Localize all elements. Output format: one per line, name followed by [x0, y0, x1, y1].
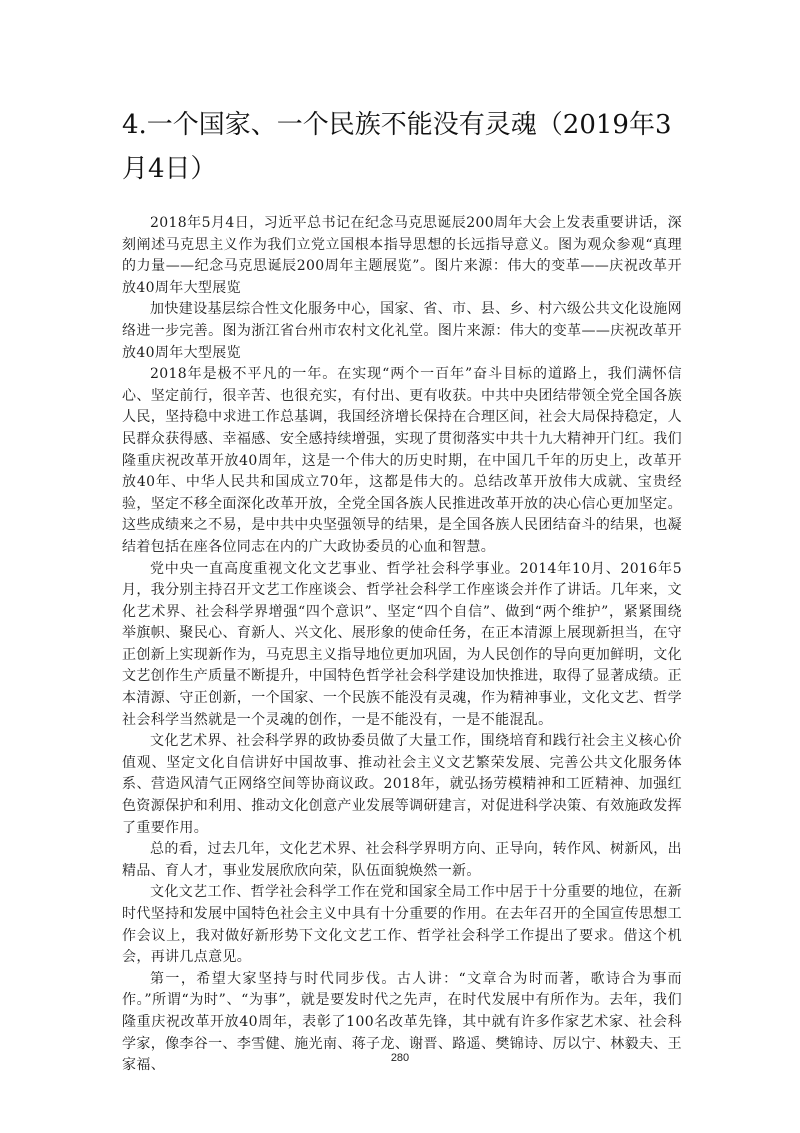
paragraph: 2018年是极不平凡的一年。在实现“两个一百年”奋斗目标的道路上，我们满怀信心、… — [122, 364, 682, 558]
body-text: 2018年5月4日，习近平总书记在纪念马克思诞辰200周年大会上发表重要讲话，深… — [122, 213, 682, 1077]
paragraph: 文化文艺工作、哲学社会科学工作在党和国家全局工作中居于十分重要的地位，在新时代坚… — [122, 882, 682, 968]
document-page: 4.一个国家、一个民族不能没有灵魂（2019年3月4日） 2018年5月4日，习… — [122, 103, 682, 1077]
paragraph: 党中央一直高度重视文化文艺事业、哲学社会科学事业。2014年10月、2016年5… — [122, 559, 682, 732]
section-title: 4.一个国家、一个民族不能没有灵魂（2019年3月4日） — [122, 103, 682, 191]
paragraph: 文化艺术界、社会科学界的政协委员做了大量工作，围绕培育和践行社会主义核心价值观、… — [122, 731, 682, 839]
paragraph-photo-caption-1: 2018年5月4日，习近平总书记在纪念马克思诞辰200周年大会上发表重要讲话，深… — [122, 213, 682, 299]
paragraph-photo-caption-2: 加快建设基层综合性文化服务中心，国家、省、市、县、乡、村六级公共文化设施网络进一… — [122, 299, 682, 364]
paragraph: 总的看，过去几年，文化艺术界、社会科学界明方向、正导向，转作风、树新风，出精品、… — [122, 839, 682, 882]
page-number: 280 — [0, 1052, 800, 1064]
